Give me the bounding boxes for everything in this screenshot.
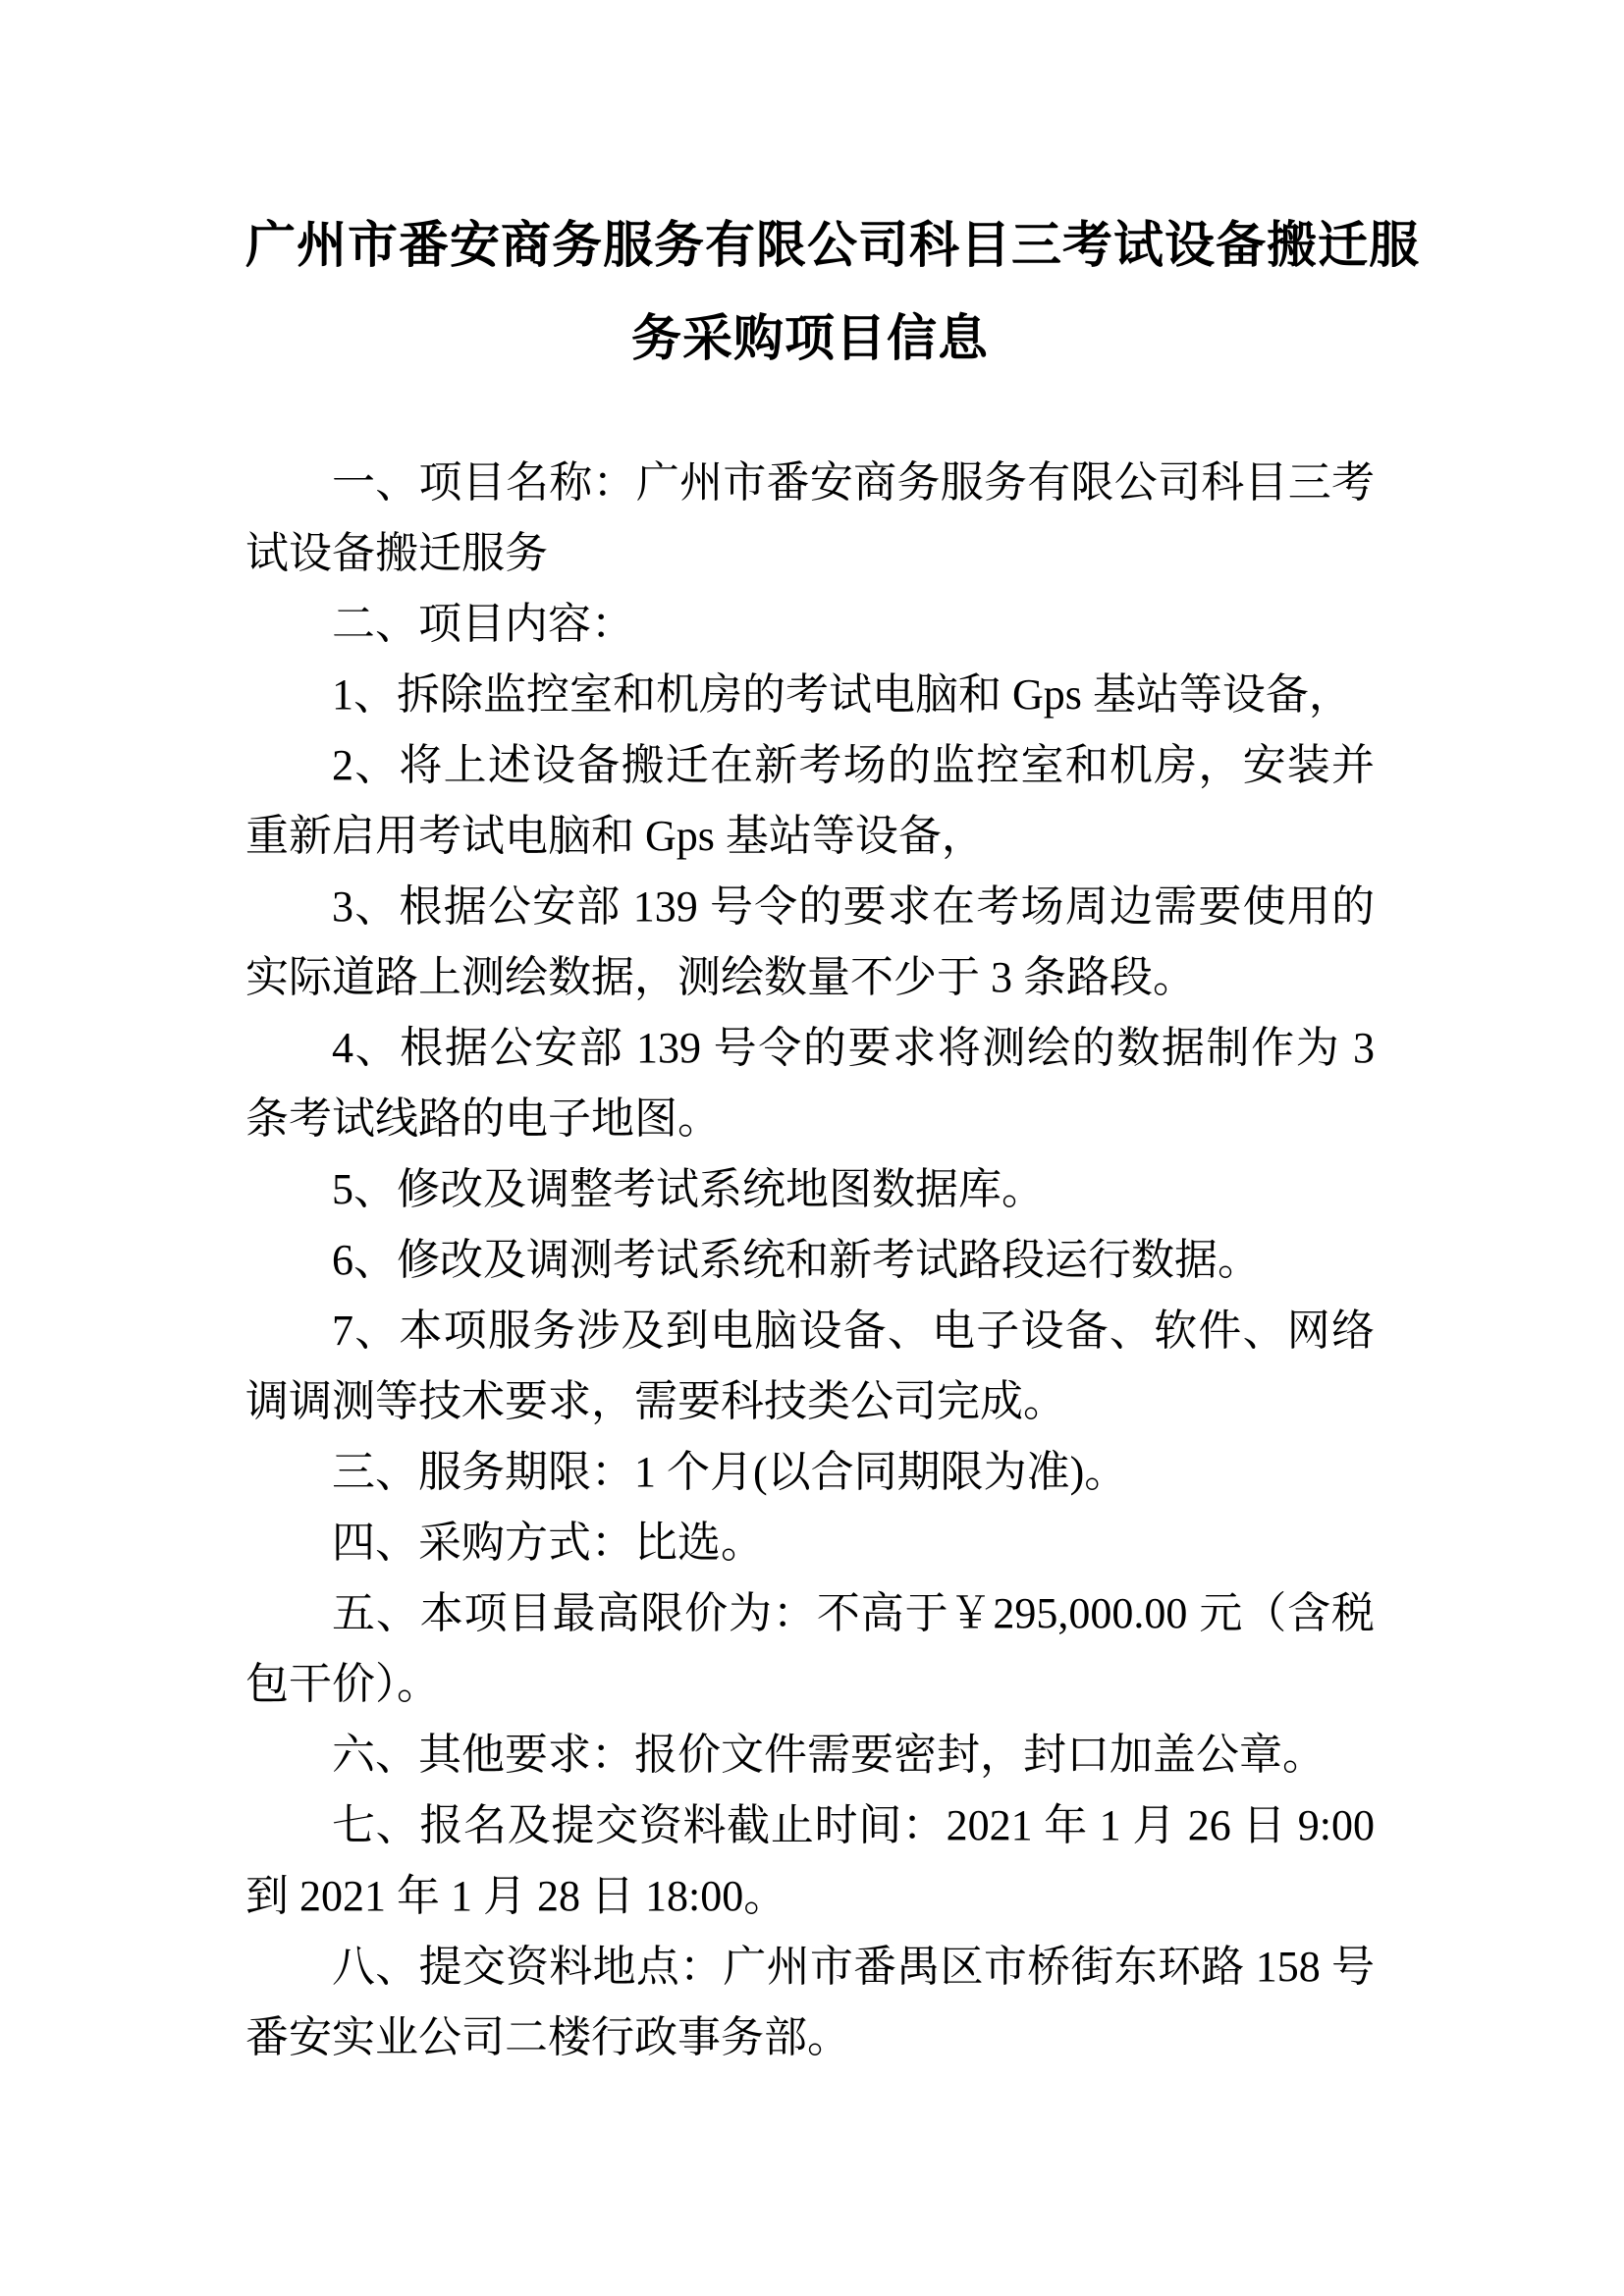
document-title-line-2: 务采购项目信息 (245, 294, 1375, 387)
document-body: 一、项目名称：广州市番安商务服务有限公司科目三考试设备搬迁服务二、项目内容：1、… (245, 448, 1375, 2073)
document-paragraph: 七、报名及提交资料截止时间：2021 年 1 月 26 日 9:00 到 202… (245, 1790, 1375, 1932)
document-paragraph: 6、修改及调测考试系统和新考试路段运行数据。 (245, 1225, 1375, 1296)
document-paragraph: 六、其他要求：报价文件需要密封，封口加盖公章。 (245, 1720, 1375, 1790)
document-paragraph: 三、服务期限：1 个月(以合同期限为准)。 (245, 1437, 1375, 1508)
document-paragraph: 4、根据公安部 139 号令的要求将测绘的数据制作为 3 条考试线路的电子地图。 (245, 1013, 1375, 1154)
document-paragraph: 7、本项服务涉及到电脑设备、电子设备、软件、网络调调测等技术要求，需要科技类公司… (245, 1296, 1375, 1437)
document-paragraph: 五、本项目最高限价为：不高于￥295,000.00 元（含税包干价）。 (245, 1578, 1375, 1720)
document-paragraph: 八、提交资料地点：广州市番禺区市桥街东环路 158 号番安实业公司二楼行政事务部… (245, 1932, 1375, 2073)
document-paragraph: 四、采购方式：比选。 (245, 1508, 1375, 1578)
document-paragraph: 一、项目名称：广州市番安商务服务有限公司科目三考试设备搬迁服务 (245, 448, 1375, 589)
document-title: 广州市番安商务服务有限公司科目三考试设备搬迁服 务采购项目信息 (245, 200, 1375, 387)
document-paragraph: 1、拆除监控室和机房的考试电脑和 Gps 基站等设备， (245, 660, 1375, 730)
document-paragraph: 二、项目内容： (245, 589, 1375, 660)
document-page: 广州市番安商务服务有限公司科目三考试设备搬迁服 务采购项目信息 一、项目名称：广… (0, 0, 1624, 2296)
document-paragraph: 5、修改及调整考试系统地图数据库。 (245, 1154, 1375, 1225)
document-paragraph: 2、将上述设备搬迁在新考场的监控室和机房，安装并重新启用考试电脑和 Gps 基站… (245, 730, 1375, 872)
document-title-line-1: 广州市番安商务服务有限公司科目三考试设备搬迁服 (245, 200, 1375, 294)
document-paragraph: 3、根据公安部 139 号令的要求在考场周边需要使用的实际道路上测绘数据，测绘数… (245, 872, 1375, 1013)
